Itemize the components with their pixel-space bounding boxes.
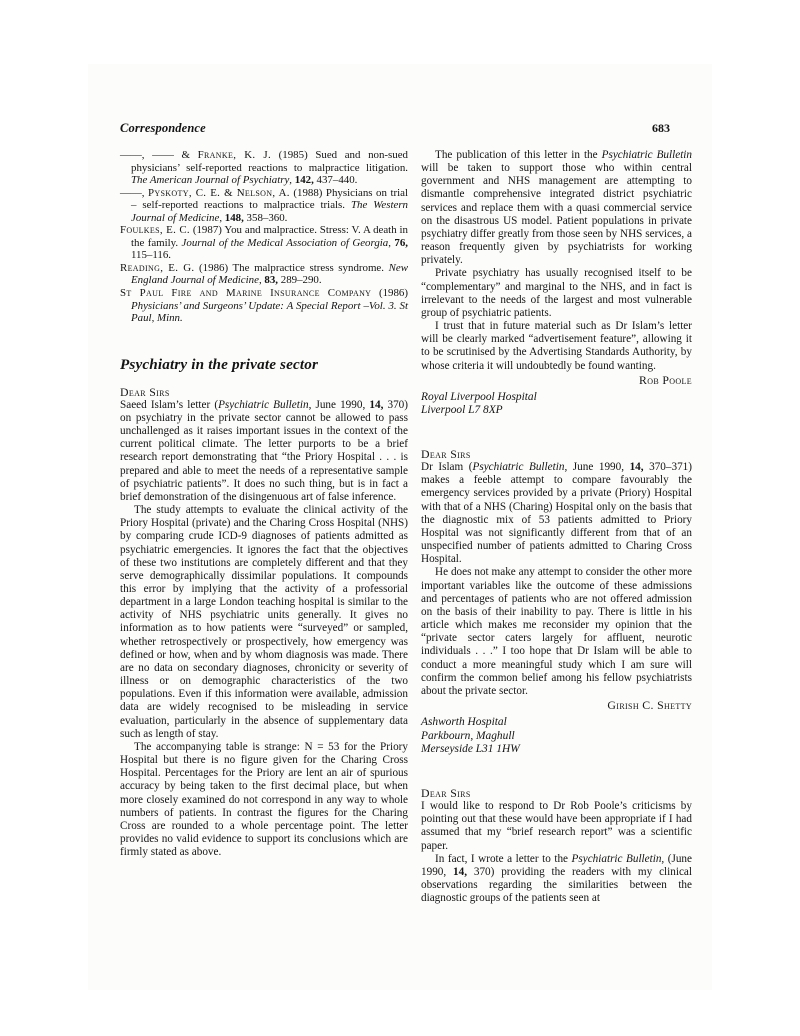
text-run: 370–371) makes a feeble attempt to compa…	[421, 461, 692, 565]
text-run: 148,	[225, 212, 244, 224]
text-run: In fact, I wrote a letter to the	[435, 853, 572, 865]
text-run: 358–360.	[244, 212, 288, 224]
text-run: 14,	[630, 461, 644, 473]
text-run: 76,	[394, 237, 408, 249]
right-column: The publication of this letter in the Ps…	[421, 149, 692, 905]
reference-item: ——, Pyskoty, C. E. & Nelson, A. (1988) P…	[120, 187, 408, 225]
salutation: Dear Sirs	[120, 386, 408, 399]
text-run: 142,	[295, 174, 314, 186]
text-run: (1986) The malpractice stress syndrome.	[194, 262, 388, 274]
address-line: Parkbourn, Maghull	[421, 730, 692, 744]
text-run: Dear Sirs	[421, 447, 471, 461]
text-run: I would like to respond to Dr Rob Poole’…	[421, 800, 692, 851]
paragraph: Saeed Islam’s letter (Psychiatric Bullet…	[120, 399, 408, 504]
text-run: Pyskoty, C. E. & Nelson, A.	[148, 187, 290, 199]
text-run: Franke, K. J.	[198, 149, 271, 161]
paragraph: The publication of this letter in the Ps…	[421, 149, 692, 267]
paragraph: In fact, I wrote a letter to the Psychia…	[421, 853, 692, 906]
scanned-journal-page: Correspondence 683 ——, —— & Franke, K. J…	[0, 0, 800, 1036]
signature: Girish C. Shetty	[421, 699, 692, 712]
text-run: Psychiatric Bulletin,	[572, 853, 665, 865]
text-run: Journal of the Medical Association of Ge…	[182, 237, 389, 249]
text-run: Saeed Islam’s letter (	[120, 399, 218, 411]
text-run: Physicians’ and Surgeons’ Update: A Spec…	[131, 300, 408, 325]
reference-item: St Paul Fire and Marine Insurance Compan…	[120, 287, 408, 325]
text-run: Foulkes, E. C.	[120, 224, 190, 236]
text-run: Psychiatric Bulletin	[218, 399, 308, 411]
page-content: Correspondence 683 ——, —— & Franke, K. J…	[120, 121, 692, 905]
letter-section-heading: Psychiatry in the private sector	[120, 356, 408, 374]
paragraph: The accompanying table is strange: N = 5…	[120, 741, 408, 859]
text-run: Dr Islam (	[421, 461, 473, 473]
text-run: Dear Sirs	[421, 786, 471, 800]
reference-item: ——, —— & Franke, K. J. (1985) Sued and n…	[120, 149, 408, 187]
text-run: Rob Poole	[639, 373, 692, 387]
two-column-layout: ——, —— & Franke, K. J. (1985) Sued and n…	[120, 149, 692, 905]
reference-item: Reading, E. G. (1986) The malpractice st…	[120, 262, 408, 287]
salutation: Dear Sirs	[421, 787, 692, 800]
text-run: 14,	[369, 399, 383, 411]
text-run: ——, —— &	[120, 149, 198, 161]
address-line: Ashworth Hospital	[421, 716, 692, 730]
paragraph: The study attempts to evaluate the clini…	[120, 504, 408, 741]
paragraph: I would like to respond to Dr Rob Poole’…	[421, 800, 692, 853]
text-run: 370) on psychiatry in the private sector…	[120, 399, 408, 503]
address-line: Merseyside L31 1HW	[421, 743, 692, 757]
paragraph: Private psychiatry has usually recognise…	[421, 267, 692, 320]
address-block: Ashworth HospitalParkbourn, MaghullMerse…	[421, 716, 692, 757]
paragraph: Dr Islam (Psychiatric Bulletin, June 199…	[421, 461, 692, 566]
text-run: 437–440.	[314, 174, 358, 186]
page-surface: Correspondence 683 ——, —— & Franke, K. J…	[88, 64, 712, 990]
text-run: St Paul Fire and Marine Insurance Compan…	[120, 287, 371, 299]
text-run: The accompanying table is strange: N = 5…	[120, 741, 408, 858]
address-line: Liverpool L7 8XP	[421, 404, 692, 418]
text-run: 115–116.	[131, 249, 171, 261]
text-run: Reading, E. G.	[120, 262, 194, 274]
text-run: Private psychiatry has usually recognise…	[421, 267, 692, 318]
page-number: 683	[652, 121, 692, 136]
reference-item: Foulkes, E. C. (1987) You and malpractic…	[120, 224, 408, 262]
paragraph: I trust that in future material such as …	[421, 320, 692, 373]
address-block: Royal Liverpool HospitalLiverpool L7 8XP	[421, 391, 692, 418]
text-run: , June 1990,	[309, 399, 370, 411]
text-run: The American Journal of Psychiatry	[131, 174, 289, 186]
salutation: Dear Sirs	[421, 448, 692, 461]
text-run: (1986)	[371, 287, 408, 299]
paragraph: He does not make any attempt to consider…	[421, 566, 692, 698]
text-run: 289–290.	[278, 274, 322, 286]
text-run: will be taken to support those who withi…	[421, 162, 692, 266]
section-running-title: Correspondence	[120, 121, 206, 136]
text-run: Psychiatry in the private sector	[120, 356, 318, 373]
text-run: The study attempts to evaluate the clini…	[120, 504, 408, 740]
signature: Rob Poole	[421, 374, 692, 387]
text-run: 14,	[453, 866, 467, 878]
left-column: ——, —— & Franke, K. J. (1985) Sued and n…	[120, 149, 408, 905]
text-run: Psychiatric Bulletin	[602, 149, 692, 161]
text-run: The publication of this letter in the	[435, 149, 602, 161]
text-run: Dear Sirs	[120, 385, 170, 399]
text-run: He does not make any attempt to consider…	[421, 566, 692, 696]
text-run: ——,	[120, 187, 148, 199]
text-run: Psychiatric Bulletin	[473, 461, 565, 473]
text-run: 83,	[264, 274, 278, 286]
text-run: I trust that in future material such as …	[421, 320, 692, 371]
address-line: Royal Liverpool Hospital	[421, 391, 692, 405]
text-run: Girish C. Shetty	[607, 698, 692, 712]
running-head: Correspondence 683	[120, 121, 692, 136]
text-run: , June 1990,	[564, 461, 629, 473]
